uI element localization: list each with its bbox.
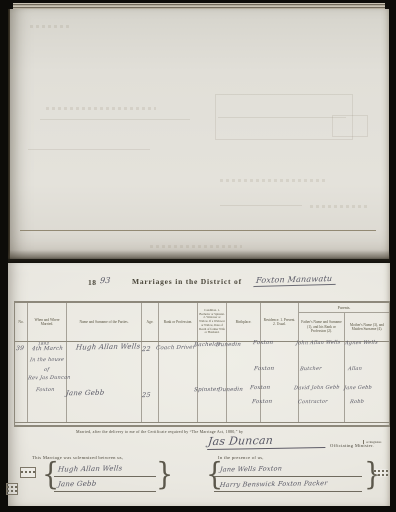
bride-name: Jane Gebb: [66, 389, 105, 398]
witness2-signature: Harry Benswick Foxton Packer: [219, 479, 328, 489]
brace-close-left: }: [156, 459, 173, 490]
district-handwritten: Foxton Manawatu: [253, 274, 336, 287]
col-rank: Rank or Profession.: [159, 303, 198, 341]
ghost-line: [28, 149, 150, 150]
ghost-mark: [150, 245, 242, 248]
bride-mother-name: Jane Gebb: [344, 385, 373, 391]
bride-mother-maiden: Robb: [350, 399, 365, 405]
table-header: No. When and Where Married. Name and Sur…: [15, 303, 389, 342]
col-condition: Condition. 1. Bachelor or Spinster. 2. W…: [198, 303, 227, 341]
groom-mother-name: Agnes Wells: [345, 340, 379, 347]
book-photo: 18 93 Marriages in the District of Foxto…: [0, 0, 396, 512]
groom-father-name: John Allan Wells: [296, 340, 341, 347]
ghost-line: [220, 205, 302, 206]
bride-residence-present: Foxton: [250, 385, 271, 391]
ghost-rule: [20, 230, 376, 231]
groom-age: 22: [142, 345, 152, 353]
signature-rule: [214, 476, 362, 477]
col-when-where: When and Where Married.: [28, 303, 67, 341]
table-bottom-rule: [15, 422, 389, 426]
col-father: Father's Name and Surname (1), and his R…: [299, 313, 345, 341]
year-prefix: 18: [88, 278, 97, 287]
year-handwritten: 93: [100, 276, 112, 285]
ghost-line: [40, 119, 190, 120]
groom-father-rank: Butcher: [300, 366, 322, 372]
ghost-mark: [220, 179, 328, 182]
col-no: No.: [15, 303, 28, 341]
when-line: of: [44, 367, 50, 373]
bride-residence-usual: Foxton: [252, 399, 273, 405]
col-names: Name and Surname of the Parties.: [67, 303, 142, 341]
groom-mother-maiden: Allan: [348, 366, 363, 372]
page-title: Marriages in the District of: [132, 277, 242, 286]
col-age: Age.: [142, 303, 159, 341]
ghost-mark: [310, 205, 370, 208]
margin-stamp-clipped: [6, 483, 18, 495]
margin-stamp: [20, 467, 36, 478]
register-table: No. When and Where Married. Name and Sur…: [14, 301, 390, 427]
brace-open-left: {: [42, 459, 59, 490]
col-residence: Residence. 1. Present. 2. Usual.: [261, 303, 299, 341]
groom-residence-present: Foxton: [253, 340, 274, 346]
when-line: 4th March: [32, 346, 64, 353]
signature-rule: [54, 476, 156, 477]
col-birthplace: Birthplace.: [227, 303, 261, 341]
entry-number: 39: [16, 345, 25, 352]
col-parents: Parents.: [299, 303, 389, 313]
marriage-register-page: 18 93 Marriages in the District of Foxto…: [8, 263, 390, 506]
bride-father-name: David John Gebb: [294, 385, 340, 392]
ghost-mark: [30, 25, 72, 28]
signature-rule: [214, 491, 362, 492]
table-body: [15, 342, 389, 422]
bride-father-rank: Contractor: [298, 399, 328, 406]
year-printed: 18: [88, 278, 97, 287]
groom-residence-usual: Foxton: [254, 366, 275, 372]
col-mother: Mother's Name (3), and Maiden Surname (4…: [345, 313, 389, 341]
when-line: In the house: [30, 357, 65, 364]
bride-birthplace: Dunedin: [218, 387, 244, 393]
when-line: Rev Jas Duncan: [28, 375, 71, 382]
ghost-mark: [46, 107, 156, 110]
presence-label: In the presence of us,: [218, 455, 264, 460]
bride-signature: Jane Gebb: [58, 480, 97, 489]
when-line: Foxton: [36, 387, 55, 393]
groom-name: Hugh Allan Wells: [76, 342, 141, 351]
col-parents-group: Parents. Father's Name and Surname (1), …: [299, 303, 389, 341]
groom-rank: Coach Driver: [156, 345, 196, 352]
minister-signature: Jas Duncan: [207, 433, 327, 450]
groom-signature: Hugh Allan Wells: [58, 464, 123, 473]
bride-condition: Spinster: [194, 387, 220, 393]
witness1-signature: Jane Wells Foxton: [220, 464, 283, 473]
bride-age: 25: [142, 391, 152, 399]
ghost-box: [332, 115, 368, 137]
ghost-line: [218, 117, 346, 118]
top-blank-page: [10, 9, 389, 259]
groom-birthplace: Dunedin: [216, 342, 242, 348]
margin-note: [374, 469, 388, 477]
signature-rule: [54, 491, 156, 492]
book-fold-shadow: [8, 250, 390, 263]
officiating-alt-label: or Registrar.: [363, 440, 390, 444]
